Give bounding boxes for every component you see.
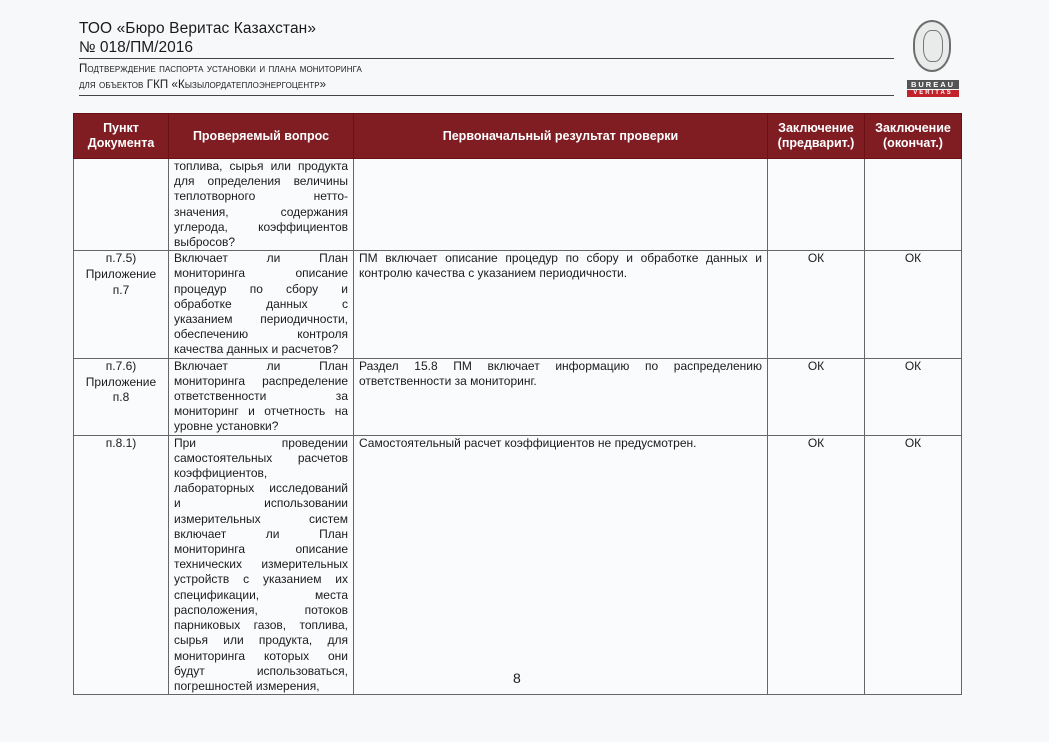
cell-result: Раздел 15.8 ПМ включает информацию по ра… [354,358,768,435]
column-header-result: Первоначальный результат проверки [354,114,768,159]
question-line: мониторинг и отчетность на [174,404,348,419]
column-header-question: Проверяемый вопрос [169,114,354,159]
cell-item: п.7.6)Приложение п.8 [74,358,169,435]
question-line: будут использоваться, [174,664,348,679]
cell-result: ПМ включает описание процедур по сбору и… [354,251,768,358]
question-line: погрешностей измерения, [174,679,348,694]
bureau-veritas-seal-icon [913,20,951,72]
question-line: ответственности за [174,389,348,404]
question-line: парниковых газов, топлива, [174,618,348,633]
question-line: для определения величины [174,174,348,189]
table-row: п.7.6)Приложение п.8Включает ли Планмони… [74,358,962,435]
question-line: мониторинга описание [174,266,348,281]
cell-result [354,159,768,251]
document-number: № 018/ПМ/2016 [79,39,193,57]
cell-result: Самостоятельный расчет коэффициентов не … [354,435,768,694]
question-line: углерода, коэффициентов [174,220,348,235]
cell-prelim-conclusion: ОК [768,251,865,358]
question-line: спецификации, места [174,588,348,603]
question-line: При проведении [174,436,348,451]
organization-name: ТОО «Бюро Веритас Казахстан» [79,20,316,38]
cell-question: топлива, сырья или продуктадля определен… [169,159,354,251]
question-line: мониторинга которых они [174,649,348,664]
column-header-item: ПунктДокумента [74,114,169,159]
question-line: обеспечению контроля [174,327,348,342]
cell-prelim-conclusion [768,159,865,251]
table-row: п.7.5)Приложение п.7Включает ли Планмони… [74,251,962,358]
question-line: Включает ли План [174,251,348,266]
cell-prelim-conclusion: ОК [768,435,865,694]
logo-text-bureau: BUREAU [907,80,959,89]
question-line: и использовании [174,496,348,511]
question-line: измерительных систем [174,512,348,527]
question-line: уровне установки? [174,419,348,434]
page-number: 8 [513,670,521,686]
question-line: указанием периодичности, [174,312,348,327]
cell-prelim-conclusion: ОК [768,358,865,435]
document-subtitle-line2: для объектов ГКП «Кызылордатеплоэнергоце… [79,79,326,91]
item-ref: п.8.1) [79,436,163,451]
cell-final-conclusion: ОК [865,435,962,694]
cell-final-conclusion: ОК [865,358,962,435]
cell-question: Включает ли Планмониторинга описаниепроц… [169,251,354,358]
document-page: ТОО «Бюро Веритас Казахстан» № 018/ПМ/20… [0,0,1049,742]
item-appendix: Приложение п.7 [79,267,163,297]
header-divider [79,58,894,59]
question-line: качества данных и расчетов? [174,342,348,357]
question-line: Включает ли План [174,359,348,374]
question-line: мониторинга описание [174,542,348,557]
question-line: включает ли План [174,527,348,542]
question-line: самостоятельных расчетов [174,451,348,466]
question-line: лабораторных исследований [174,481,348,496]
cell-final-conclusion [865,159,962,251]
column-header-prelim: Заключение(предварит.) [768,114,865,159]
item-ref: п.7.6) [79,359,163,374]
table-row: топлива, сырья или продуктадля определен… [74,159,962,251]
question-line: теплотворного нетто- [174,189,348,204]
table-row: п.8.1)При проведениисамостоятельных расч… [74,435,962,694]
item-appendix: Приложение п.8 [79,375,163,405]
cell-final-conclusion: ОК [865,251,962,358]
question-line: технических измерительных [174,557,348,572]
question-line: мониторинга распределение [174,374,348,389]
document-subtitle-line1: Подтверждение паспорта установки и плана… [79,63,362,75]
cell-item: п.7.5)Приложение п.7 [74,251,169,358]
question-line: устройств с указанием их [174,572,348,587]
question-line: процедур по сбору и [174,282,348,297]
cell-question: Включает ли Планмониторинга распределени… [169,358,354,435]
question-line: расположения, потоков [174,603,348,618]
question-line: коэффициентов, [174,466,348,481]
cell-question: При проведениисамостоятельных расчетовко… [169,435,354,694]
cell-item [74,159,169,251]
logo-text-veritas: VERITAS [907,90,959,97]
header-divider [79,95,894,96]
question-line: выбросов? [174,235,348,250]
question-line: значения, содержания [174,205,348,220]
item-ref: п.7.5) [79,251,163,266]
question-line: топлива, сырья или продукта [174,159,348,174]
column-header-final: Заключение(окончат.) [865,114,962,159]
bureau-veritas-logo: BUREAU VERITAS [907,20,959,102]
verification-table: ПунктДокумента Проверяемый вопрос Первон… [73,113,962,695]
cell-item: п.8.1) [74,435,169,694]
question-line: сырья или продукта, для [174,633,348,648]
question-line: обработке данных с [174,297,348,312]
table-header-row: ПунктДокумента Проверяемый вопрос Первон… [74,114,962,159]
